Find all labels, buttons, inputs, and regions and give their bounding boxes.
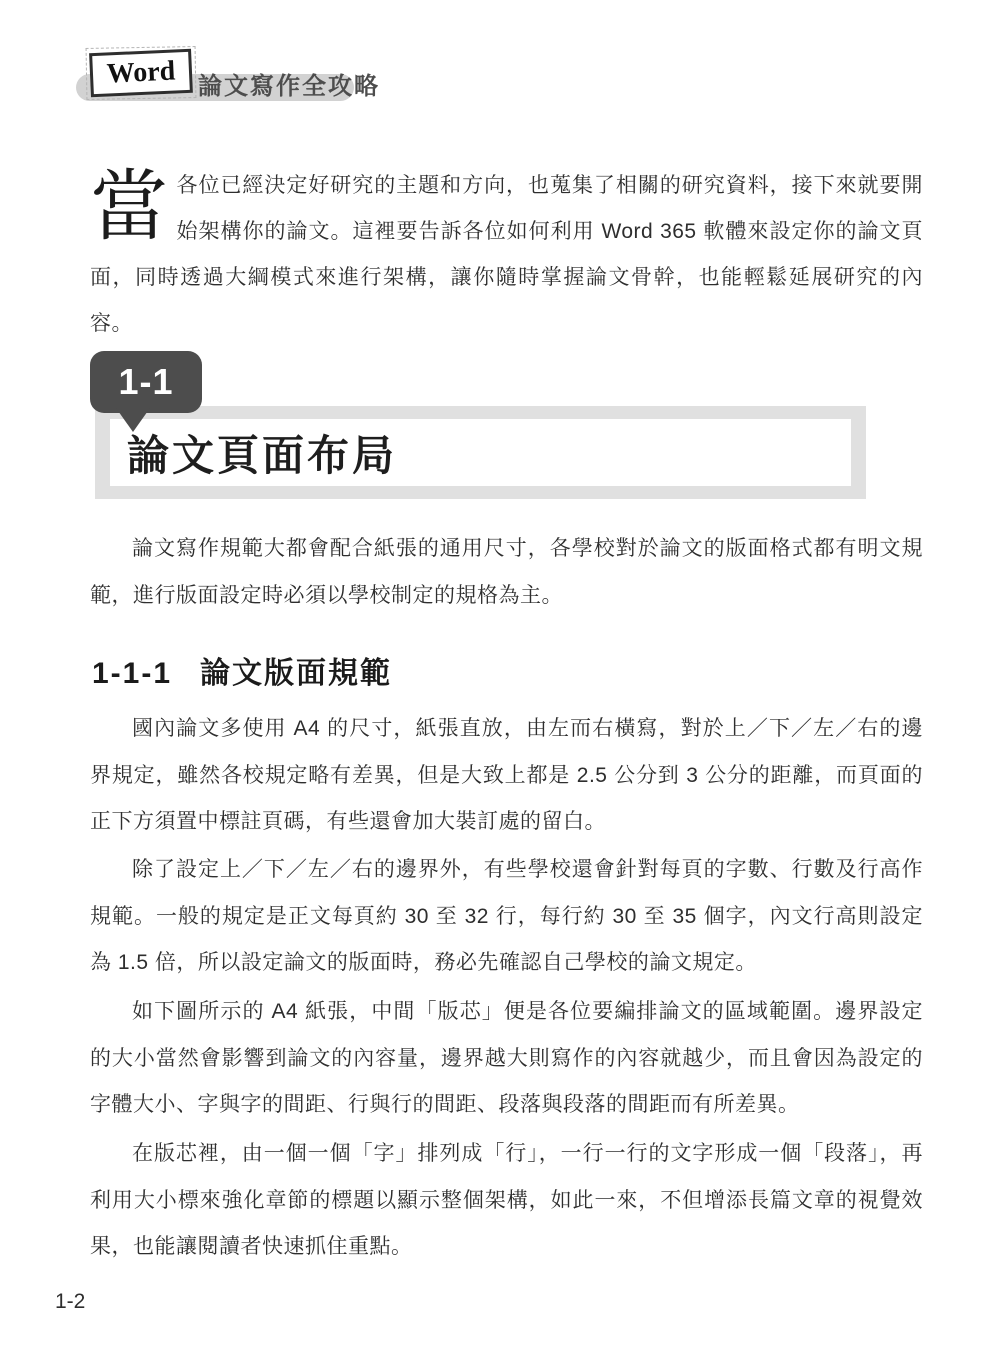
intro-text: 各位已經決定好研究的主題和方向，也蒐集了相關的研究資料，接下來就要開始架構你的論…: [90, 174, 923, 335]
body-paragraph: 除了設定上／下／左／右的邊界外，有些學校還會針對每頁的字數、行數及行高作規範。一…: [90, 847, 923, 987]
section-title: 論文頁面布局: [127, 423, 397, 483]
body-paragraph: 國內論文多使用 A4 的尺寸，紙張直放，由左而右橫寫，對於上／下／左／右的邊界規…: [90, 706, 923, 846]
subsection-number: 1-1-1: [92, 657, 172, 691]
section-title-box: 論文頁面布局: [110, 419, 851, 486]
drop-cap: 當: [90, 165, 169, 247]
book-page: Word 論文寫作全攻略 當各位已經決定好研究的主題和方向，也蒐集了相關的研究資…: [0, 0, 1000, 1353]
section-number-badge: 1-1: [90, 351, 202, 413]
section-title-banner: 論文頁面布局: [95, 406, 866, 499]
word-logo: Word: [89, 49, 193, 97]
section-intro-paragraph: 論文寫作規範大都會配合紙張的通用尺寸，各學校對於論文的版面格式都有明文規範，進行…: [90, 526, 923, 619]
subsection-title: 論文版面規範: [200, 648, 392, 692]
word-logo-text: Word: [106, 56, 176, 91]
section-badge-pointer: [116, 408, 150, 432]
body-paragraph: 在版芯裡，由一個一個「字」排列成「行」，一行一行的文字形成一個「段落」，再利用大…: [90, 1131, 923, 1271]
section-number: 1-1: [118, 361, 173, 403]
subsection-heading: 1-1-1 論文版面規範: [92, 648, 392, 692]
intro-paragraph: 當各位已經決定好研究的主題和方向，也蒐集了相關的研究資料，接下來就要開始架構你的…: [90, 163, 923, 347]
series-title: 論文寫作全攻略: [198, 66, 380, 101]
body-paragraph: 如下圖所示的 A4 紙張，中間「版芯」便是各位要編排論文的區域範圍。邊界設定的大…: [90, 989, 923, 1129]
page-number: 1-2: [55, 1290, 85, 1314]
